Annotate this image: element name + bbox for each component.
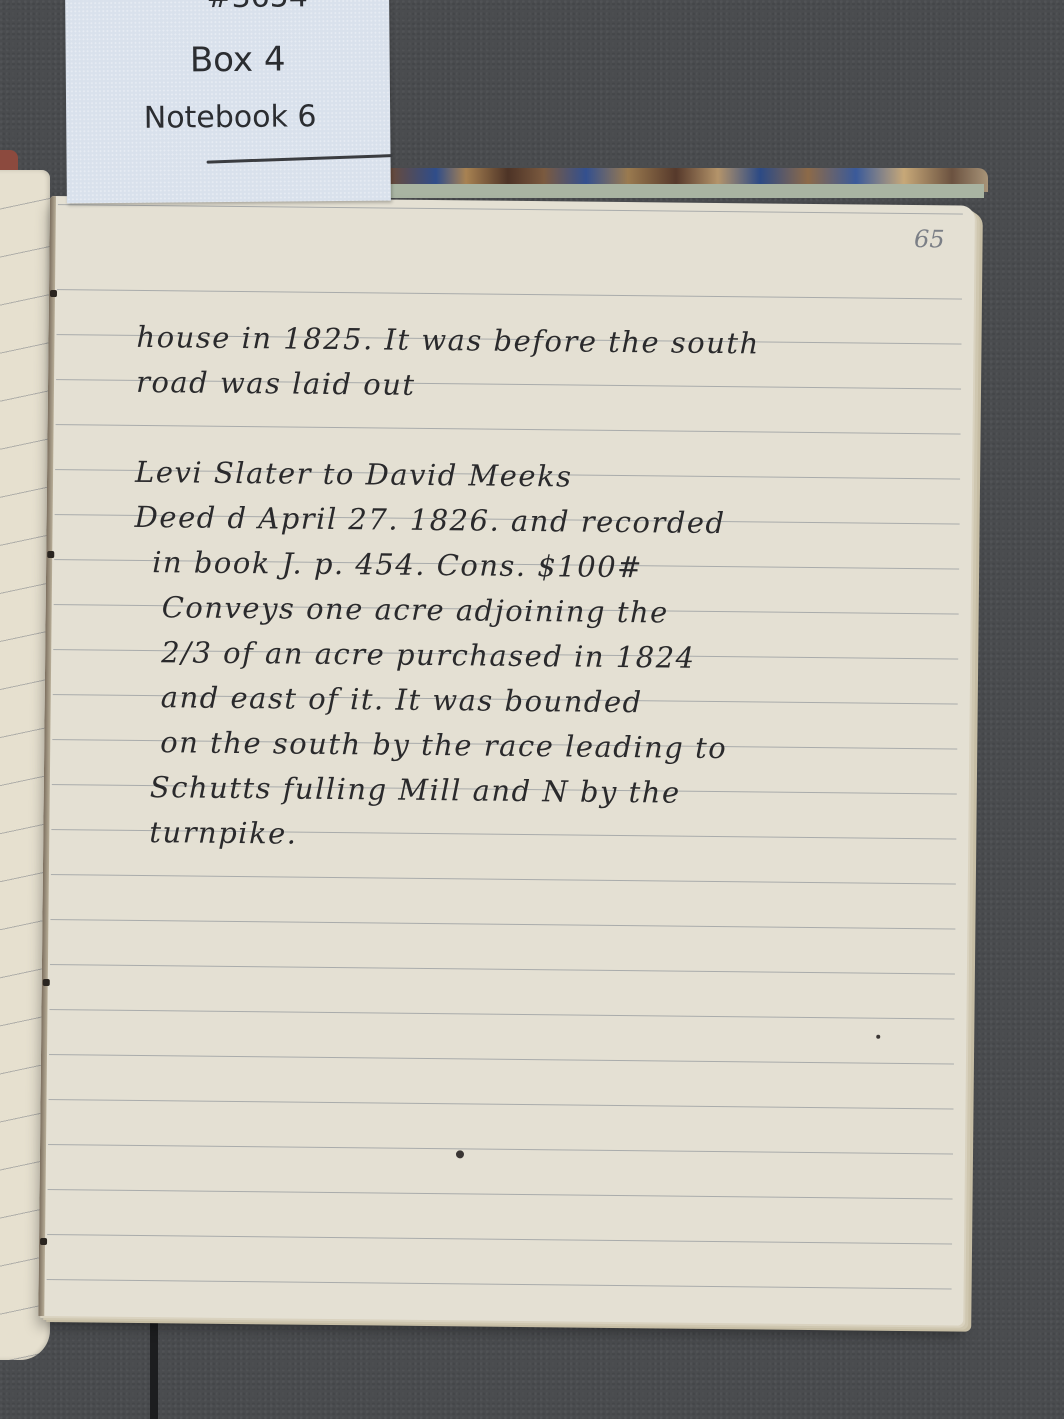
page-number: 65 xyxy=(914,225,945,253)
binding-stitch xyxy=(50,290,57,297)
handwritten-text: house in 1825. It was before the south r… xyxy=(131,315,957,864)
box-label: Box 4 xyxy=(76,39,400,82)
binding-stitch xyxy=(43,979,50,986)
archive-label-slip: #3654 Box 4 Notebook 6 xyxy=(65,0,391,203)
desk-shadow xyxy=(150,1320,158,1419)
text-line: road was laid out xyxy=(136,360,956,414)
binding-stitch xyxy=(47,551,54,558)
ink-spot xyxy=(456,1150,464,1158)
text-line: turnpike. xyxy=(131,810,951,864)
flyleaf-edge xyxy=(388,184,984,198)
binding-stitch xyxy=(40,1238,47,1245)
notebook-label: Notebook 6 xyxy=(68,99,392,137)
ink-speck xyxy=(876,1035,880,1039)
label-underline xyxy=(207,154,393,163)
accession-number: #3654 xyxy=(95,0,419,16)
notebook-page: 65 house in 1825. It was before the sout… xyxy=(38,196,975,1326)
